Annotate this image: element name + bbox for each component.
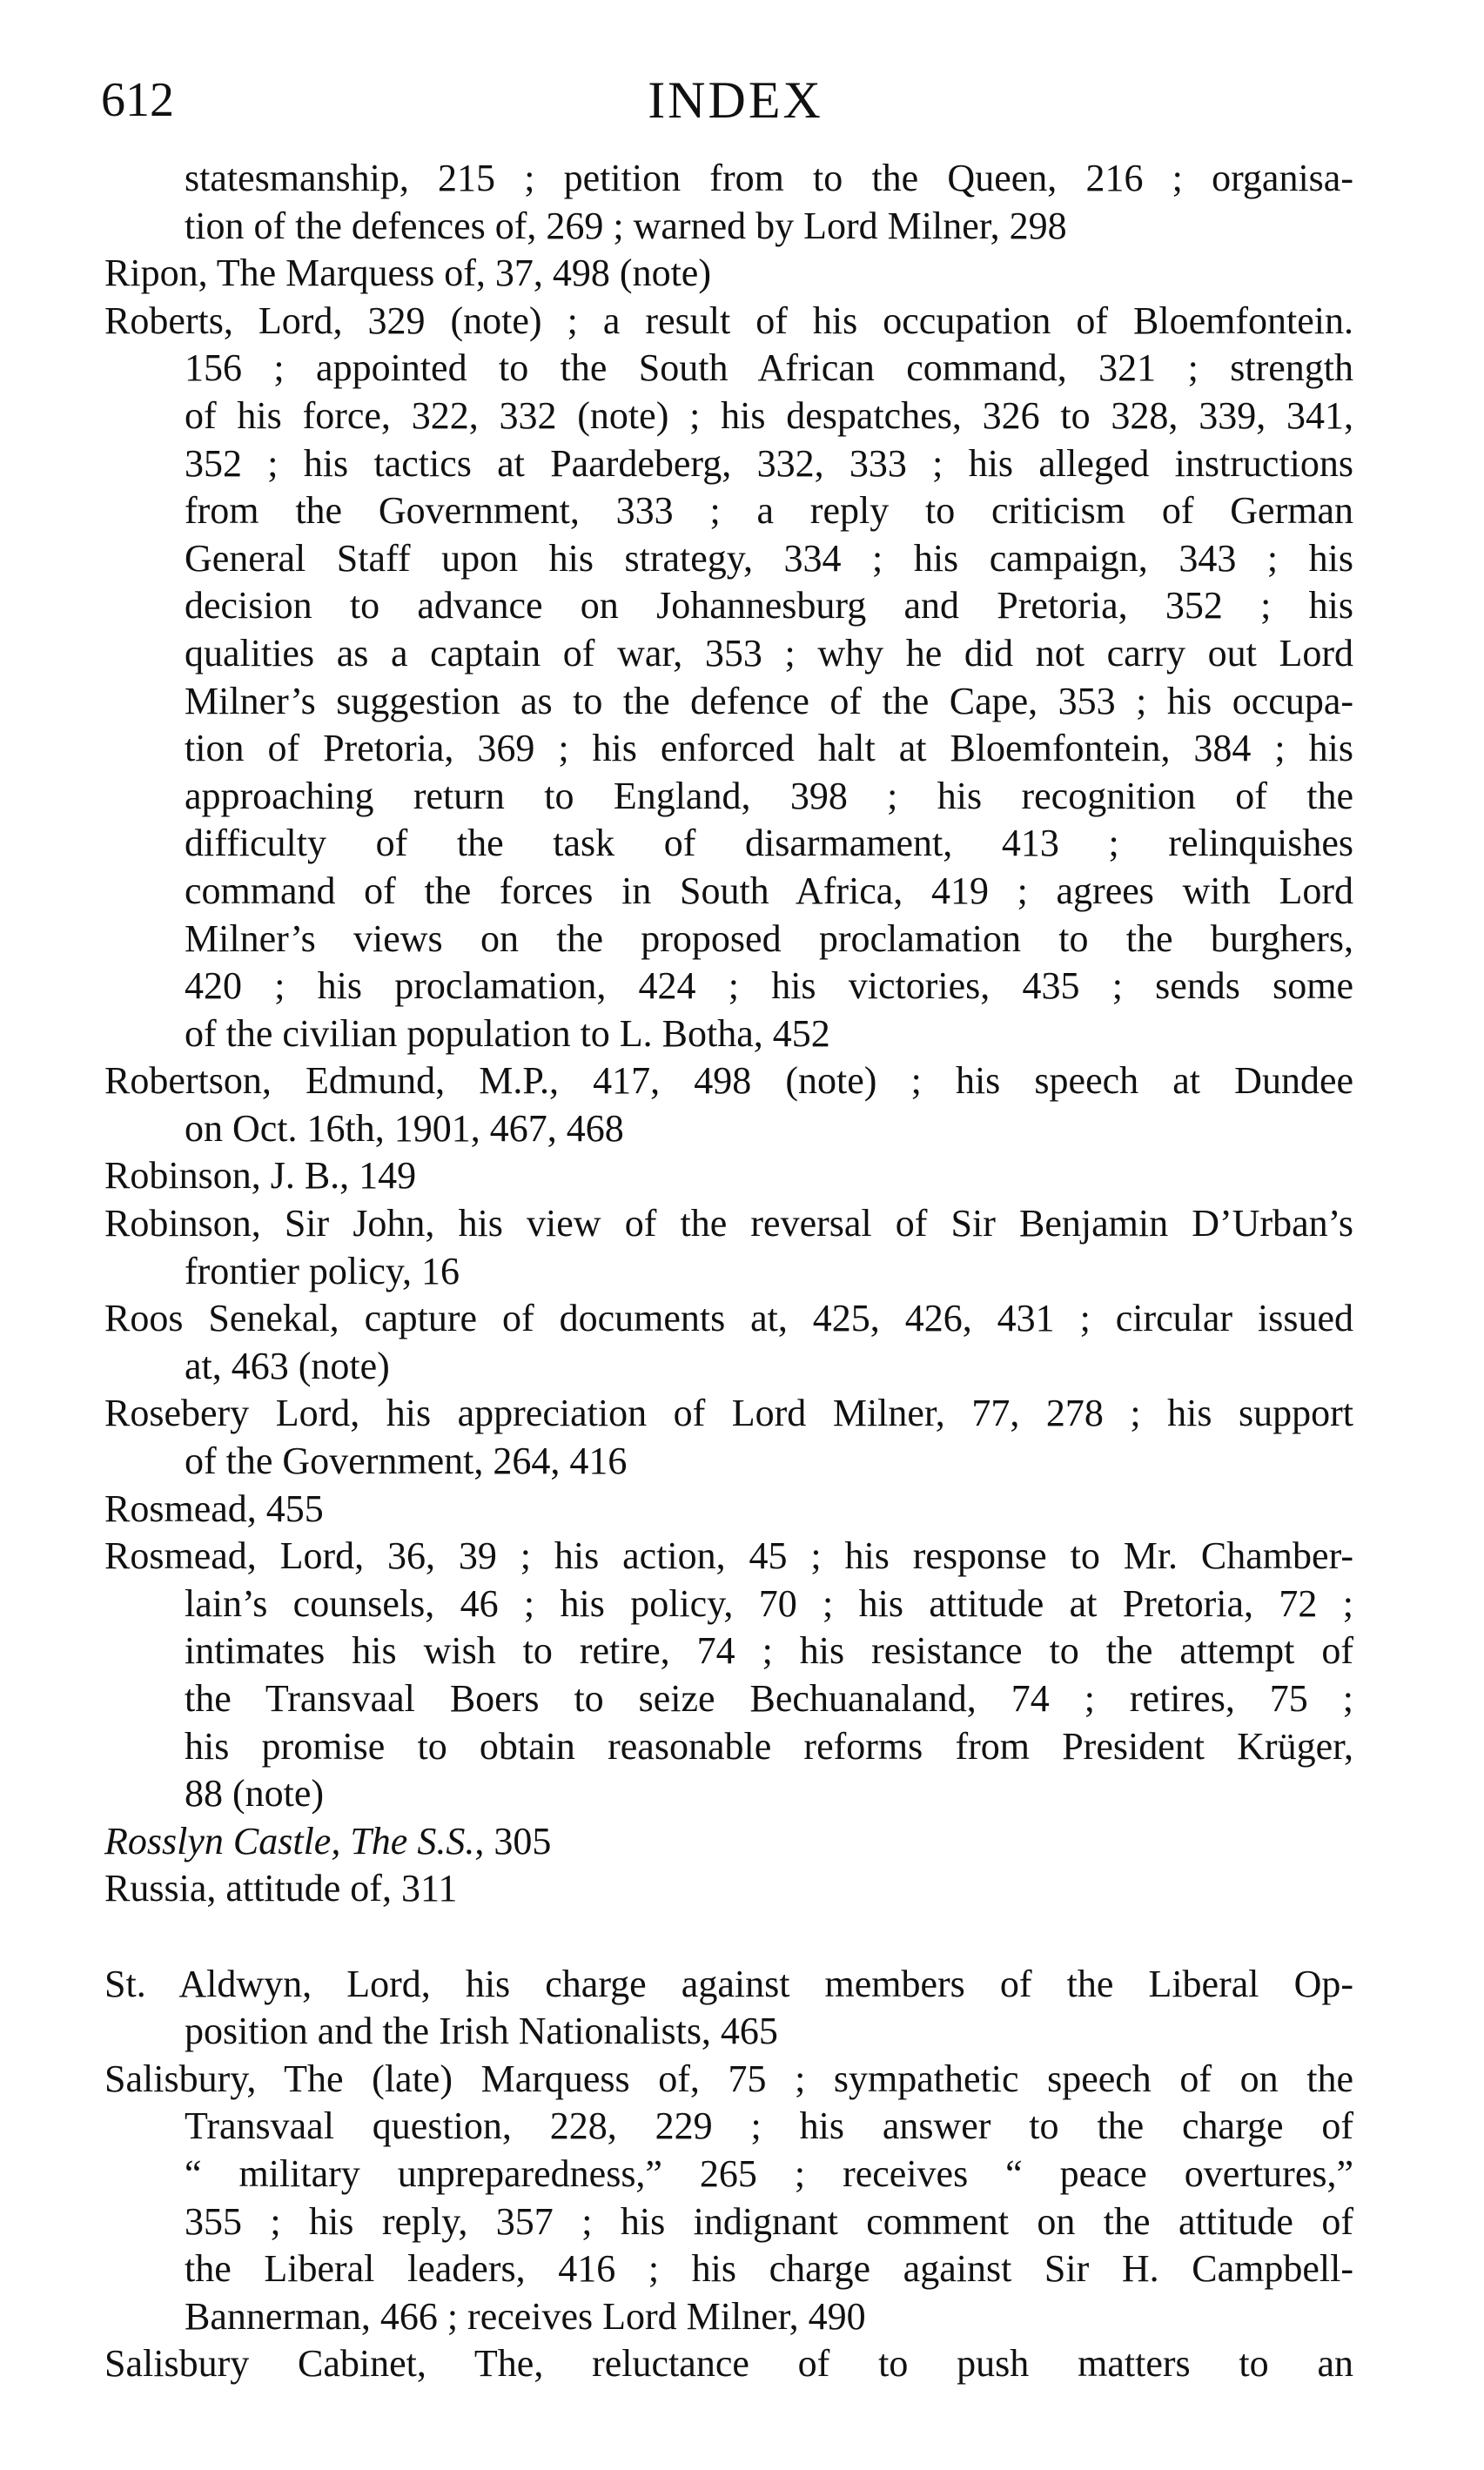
entry-heading-line: Rosmead, 455 [104,1486,1353,1534]
entry-heading-line: Rosebery Lord, his appreciation of Lord … [104,1390,1353,1438]
entry-continuation-line: General Staff upon his strategy, 334 ; h… [185,535,1353,583]
entry-heading-line: Roberts, Lord, 329 (note) ; a result of … [104,298,1353,346]
entry-continuation-line: approaching return to England, 398 ; his… [185,773,1353,821]
entry-heading-line: Robinson, J. B., 149 [104,1152,1353,1200]
entry-continuation-line: tion of the defences of, 269 ; warned by… [185,203,1353,251]
entry-continuation-line: command of the forces in South Africa, 4… [185,868,1353,916]
entry-continuation-line: on Oct. 16th, 1901, 467, 468 [185,1105,1353,1153]
entry-continuation-line: from the Government, 333 ; a reply to cr… [185,487,1353,535]
entry-continuation-line: his promise to obtain reasonable reforms… [185,1723,1353,1771]
index-entry: Robertson, Edmund, M.P., 417, 498 (note)… [104,1057,1353,1152]
entry-heading-line: Rosmead, Lord, 36, 39 ; his action, 45 ;… [104,1533,1353,1581]
entry-continuation-line: the Liberal leaders, 416 ; his charge ag… [185,2245,1353,2293]
entry-continuation-line: Transvaal question, 228, 229 ; his answe… [185,2103,1353,2151]
entry-heading-line: Russia, attitude of, 311 [104,1865,1353,1913]
running-header: 612 INDEX [0,70,1484,131]
entry-continuation-line: position and the Irish Nationalists, 465 [185,2008,1353,2056]
index-entry: Ripon, The Marquess of, 37, 498 (note) [104,250,1353,298]
entry-continuation-line: 88 (note) [185,1770,1353,1818]
index-entry: Rosmead, 455 [104,1486,1353,1534]
index-entries: statesmanship, 215 ; petition from to th… [104,155,1353,2388]
index-entry: Roberts, Lord, 329 (note) ; a result of … [104,298,1353,1058]
entry-heading-line: Salisbury, The (late) Marquess of, 75 ; … [104,2056,1353,2104]
entry-continuation-line: lain’s counsels, 46 ; his policy, 70 ; h… [185,1581,1353,1628]
entry-continuation-line: Milner’s views on the proposed proclamat… [185,916,1353,963]
index-entry: Robinson, Sir John, his view of the reve… [104,1200,1353,1295]
index-entry: St. Aldwyn, Lord, his charge against mem… [104,1961,1353,2056]
entry-continuation-line: statesmanship, 215 ; petition from to th… [185,155,1353,203]
italic-title: Rosslyn Castle, The S.S. [104,1820,474,1863]
entry-heading-line: Roos Senekal, capture of documents at, 4… [104,1295,1353,1343]
entry-heading-line: Ripon, The Marquess of, 37, 498 (note) [104,250,1353,298]
entry-continuation-line: at, 463 (note) [185,1343,1353,1391]
entry-continuation-line: intimates his wish to retire, 74 ; his r… [185,1628,1353,1675]
section-gap [104,1913,1353,1961]
entry-continuation-line: Bannerman, 466 ; receives Lord Milner, 4… [185,2293,1353,2341]
index-entry: Russia, attitude of, 311 [104,1865,1353,1913]
entry-continuation-line: difficulty of the task of disarmament, 4… [185,820,1353,868]
page-title: INDEX [609,70,862,131]
entry-continuation-line: 420 ; his proclamation, 424 ; his victor… [185,963,1353,1010]
entry-continuation-line: 352 ; his tactics at Paardeberg, 332, 33… [185,440,1353,488]
entry-continuation-line: 355 ; his reply, 357 ; his indignant com… [185,2198,1353,2246]
entry-heading-line: Robinson, Sir John, his view of the reve… [104,1200,1353,1248]
entry-continuation-line: “ military unpreparedness,” 265 ; receiv… [185,2151,1353,2198]
page-number: 612 [101,70,174,131]
entry-continuation-line: decision to advance on Johannesburg and … [185,582,1353,630]
index-entry: Salisbury Cabinet, The, reluctance of to… [104,2340,1353,2388]
entry-continuation-line: qualities as a captain of war, 353 ; why… [185,630,1353,678]
index-entry: Rosslyn Castle, The S.S., 305 [104,1818,1353,1866]
index-entry: Roos Senekal, capture of documents at, 4… [104,1295,1353,1390]
entry-continuation-line: the Transvaal Boers to seize Bechuanalan… [185,1675,1353,1723]
entry-continuation-line: of the civilian population to L. Botha, … [185,1010,1353,1058]
entry-continuation-line: tion of Pretoria, 369 ; his enforced hal… [185,725,1353,773]
entry-continuation-line: frontier policy, 16 [185,1248,1353,1296]
index-entry: Rosmead, Lord, 36, 39 ; his action, 45 ;… [104,1533,1353,1818]
page-reference: , 305 [474,1820,551,1863]
entry-continuation-line: 156 ; appointed to the South African com… [185,345,1353,393]
entry-continuation-line: of his force, 322, 332 (note) ; his desp… [185,393,1353,440]
index-entry: Robinson, J. B., 149 [104,1152,1353,1200]
entry-continuation-line: Milner’s suggestion as to the defence of… [185,678,1353,726]
entry-heading-line: St. Aldwyn, Lord, his charge against mem… [104,1961,1353,2009]
index-entry: Salisbury, The (late) Marquess of, 75 ; … [104,2056,1353,2341]
entry-heading-line: Robertson, Edmund, M.P., 417, 498 (note)… [104,1057,1353,1105]
index-entry-continued: statesmanship, 215 ; petition from to th… [104,155,1353,250]
entry-continuation-line: of the Government, 264, 416 [185,1438,1353,1486]
entry-heading-line: Salisbury Cabinet, The, reluctance of to… [104,2340,1353,2388]
entry-heading-line: Rosslyn Castle, The S.S., 305 [104,1818,1353,1866]
index-entry: Rosebery Lord, his appreciation of Lord … [104,1390,1353,1485]
